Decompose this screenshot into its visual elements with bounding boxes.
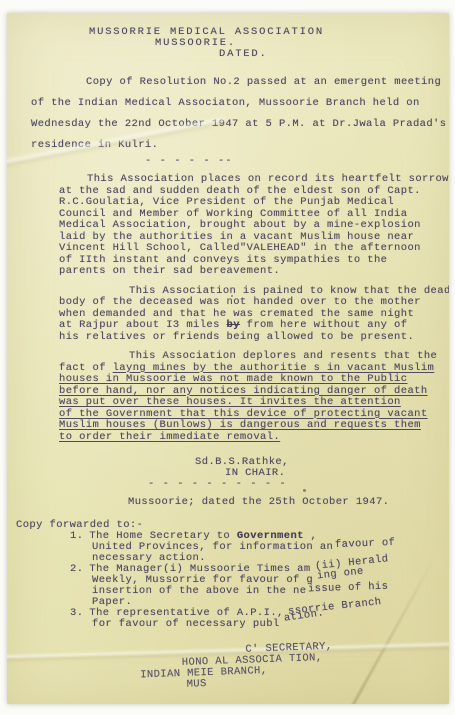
dash-separator: - - - - - - - - - -: [148, 479, 449, 490]
paper-speck: [303, 489, 306, 492]
underlined-text: to order their immediate removal.: [59, 432, 443, 444]
underlined-text: Muslim houses (Bunlows) is dangerous and…: [59, 420, 443, 432]
cc-item-3: 3.The representative of A.P.I.,ssorrie B…: [7, 608, 449, 630]
intro-line: of the Indian Medical Associaton, Mussoo…: [31, 93, 443, 114]
cc-item-number: 3.: [70, 607, 83, 619]
intro-line: Copy of Resolution No.2 passed at an eme…: [31, 72, 443, 93]
doc-title: MUSSORRIE MEDICAL ASSOCIATION: [89, 27, 449, 38]
text-line: Medical Association, brought about by a …: [59, 220, 443, 232]
text-fragment: from here without any of: [240, 319, 408, 331]
crease-displaced-text: ing one: [317, 567, 365, 583]
intro-paragraph: Copy of Resolution No.2 passed at an eme…: [31, 72, 443, 156]
underlined-text: was put over these houses. It invites th…: [59, 397, 443, 409]
date-line: Mussoorie; dated the 25th October 1947.: [128, 497, 449, 508]
crease-displaced-text: favour of: [335, 538, 396, 551]
text-line: his relatives or friends being allowed t…: [59, 332, 443, 344]
intro-line: residence in Kulri.: [31, 135, 443, 156]
document-page: MUSSORRIE MEDICAL ASSOCIATION MUSSOORIE.…: [7, 13, 449, 704]
intro-line: Wednesday the 22nd October 1947 at 5 P.M…: [31, 114, 443, 135]
text-fragment: at Rajpur about I3 miles: [59, 319, 227, 331]
resolution-paragraph-deplores: This Association deplores and resents th…: [59, 351, 443, 443]
cc-item-number: 2.: [70, 563, 83, 575]
text-line: Vincent Hill School, Called"VALEHEAD" in…: [59, 243, 443, 255]
paper-speck: [231, 295, 233, 297]
struck-word: by: [227, 319, 240, 331]
dash-separator: - - - - - --: [145, 156, 449, 167]
doc-dated-label: DATED.: [219, 49, 449, 60]
resolution-paragraph-sorrow: This Association places on record its he…: [59, 174, 443, 278]
crease-displaced-text: issue of his: [308, 582, 389, 596]
text-fragment: for favour of necessary publ: [92, 618, 280, 630]
text-fragment: fact of: [59, 362, 113, 374]
text-line: R.C.Goulatia, Vice President of the Punj…: [59, 197, 443, 209]
text-line: at Rajpur about I3 miles by from here wi…: [59, 320, 443, 332]
cc-list: Copy forwarded to:- 1.The Home Secretary…: [7, 520, 449, 630]
text-line: for favour of necessary publation.: [92, 619, 449, 630]
underlined-text: houses in Mussoorie was not made known t…: [59, 374, 443, 386]
text-line: This Association places on record its he…: [59, 174, 443, 186]
text-line: insertion of the above in the neissue of…: [92, 586, 449, 597]
doc-subtitle: MUSSOORIE.: [155, 38, 449, 49]
resolution-paragraph-pained: This Association is pained to know that …: [59, 286, 443, 344]
underlined-text: layng mines by the authoritie s in vacan…: [113, 362, 435, 374]
footer-signature-block: C' SECRETARY, HONO AL ASSOCIA TION, INDI…: [139, 638, 449, 693]
text-line: parents on their sad bereavement.: [59, 266, 443, 278]
cc-item-2: 2.The Manager(i) Mussoorie Times am(ii) …: [7, 564, 449, 608]
text-line: body of the deceased was not handed over…: [59, 297, 443, 309]
cc-item-number: 1.: [70, 530, 83, 542]
